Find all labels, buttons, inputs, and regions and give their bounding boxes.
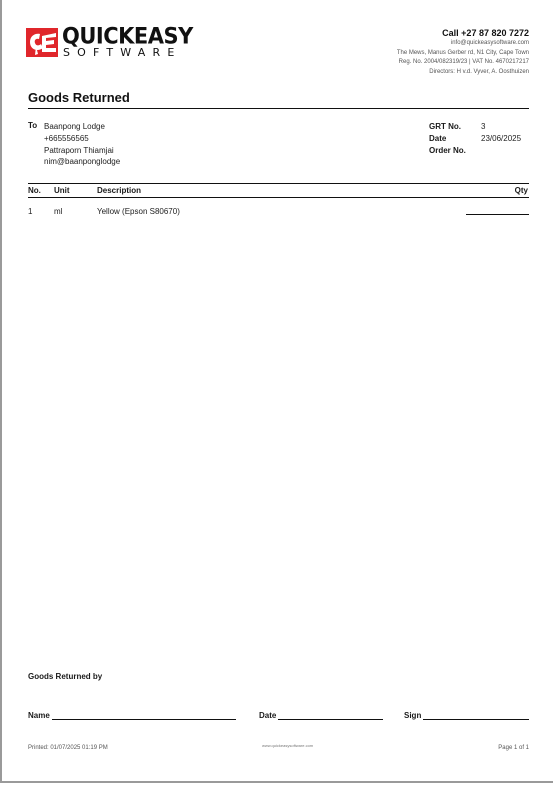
row-no: 1 (28, 207, 32, 216)
col-header-qty: Qty (515, 186, 528, 195)
row-qty-field[interactable] (466, 214, 529, 215)
grt-value: 3 (481, 121, 485, 133)
quickeasy-logo-icon (26, 28, 58, 57)
company-info: Call +27 87 820 7272 info@quickeasysoftw… (397, 27, 529, 77)
page-number: Page 1 of 1 (498, 745, 529, 751)
date-value: 23/06/2025 (481, 133, 521, 145)
to-label: To (28, 121, 37, 130)
col-header-no: No. (28, 186, 41, 195)
company-email: info@quickeasysoftware.com (397, 39, 529, 49)
recipient-phone: +665556565 (44, 133, 120, 145)
footer-website: www.quickeasysoftware.com (262, 743, 313, 748)
table-header-rule (28, 197, 529, 198)
order-label: Order No. (429, 145, 481, 157)
logo-subtitle: SOFTWARE (63, 47, 182, 58)
title-divider (28, 108, 529, 109)
document-title: Goods Returned (28, 90, 130, 105)
col-header-unit: Unit (54, 186, 70, 195)
row-unit: ml (54, 207, 62, 216)
document-meta: GRT No. 3 Date 23/06/2025 Order No. (429, 121, 521, 156)
table-top-rule (28, 183, 529, 184)
name-signature-line[interactable] (52, 719, 236, 720)
grt-label: GRT No. (429, 121, 481, 133)
company-registration: Reg. No. 2004/082319/23 | VAT No. 467021… (397, 58, 529, 68)
company-phone: Call +27 87 820 7272 (397, 27, 529, 39)
sign-signature-line[interactable] (423, 719, 529, 720)
row-description: Yellow (Epson S80670) (97, 207, 180, 216)
col-header-description: Description (97, 186, 141, 195)
recipient-block: Baanpong Lodge +665556565 Pattraporn Thi… (44, 121, 120, 168)
company-directors: Directors: H v.d. Vyver, A. Oosthuizen (397, 68, 529, 78)
returned-by-heading: Goods Returned by (28, 672, 102, 681)
logo-wordmark: QUICKEASY (62, 25, 193, 47)
recipient-company: Baanpong Lodge (44, 121, 120, 133)
name-label: Name (28, 711, 50, 720)
company-address: The Mews, Manus Gerber rd, N1 City, Cape… (397, 49, 529, 59)
page-frame (0, 0, 553, 783)
date-label: Date (429, 133, 481, 145)
printed-timestamp: Printed: 01/07/2025 01:19 PM (28, 745, 108, 751)
date-signature-line[interactable] (278, 719, 383, 720)
sig-date-label: Date (259, 711, 276, 720)
recipient-email: nim@baanponglodge (44, 156, 120, 168)
recipient-contact: Pattraporn Thiamjai (44, 145, 120, 157)
sign-label: Sign (404, 711, 421, 720)
